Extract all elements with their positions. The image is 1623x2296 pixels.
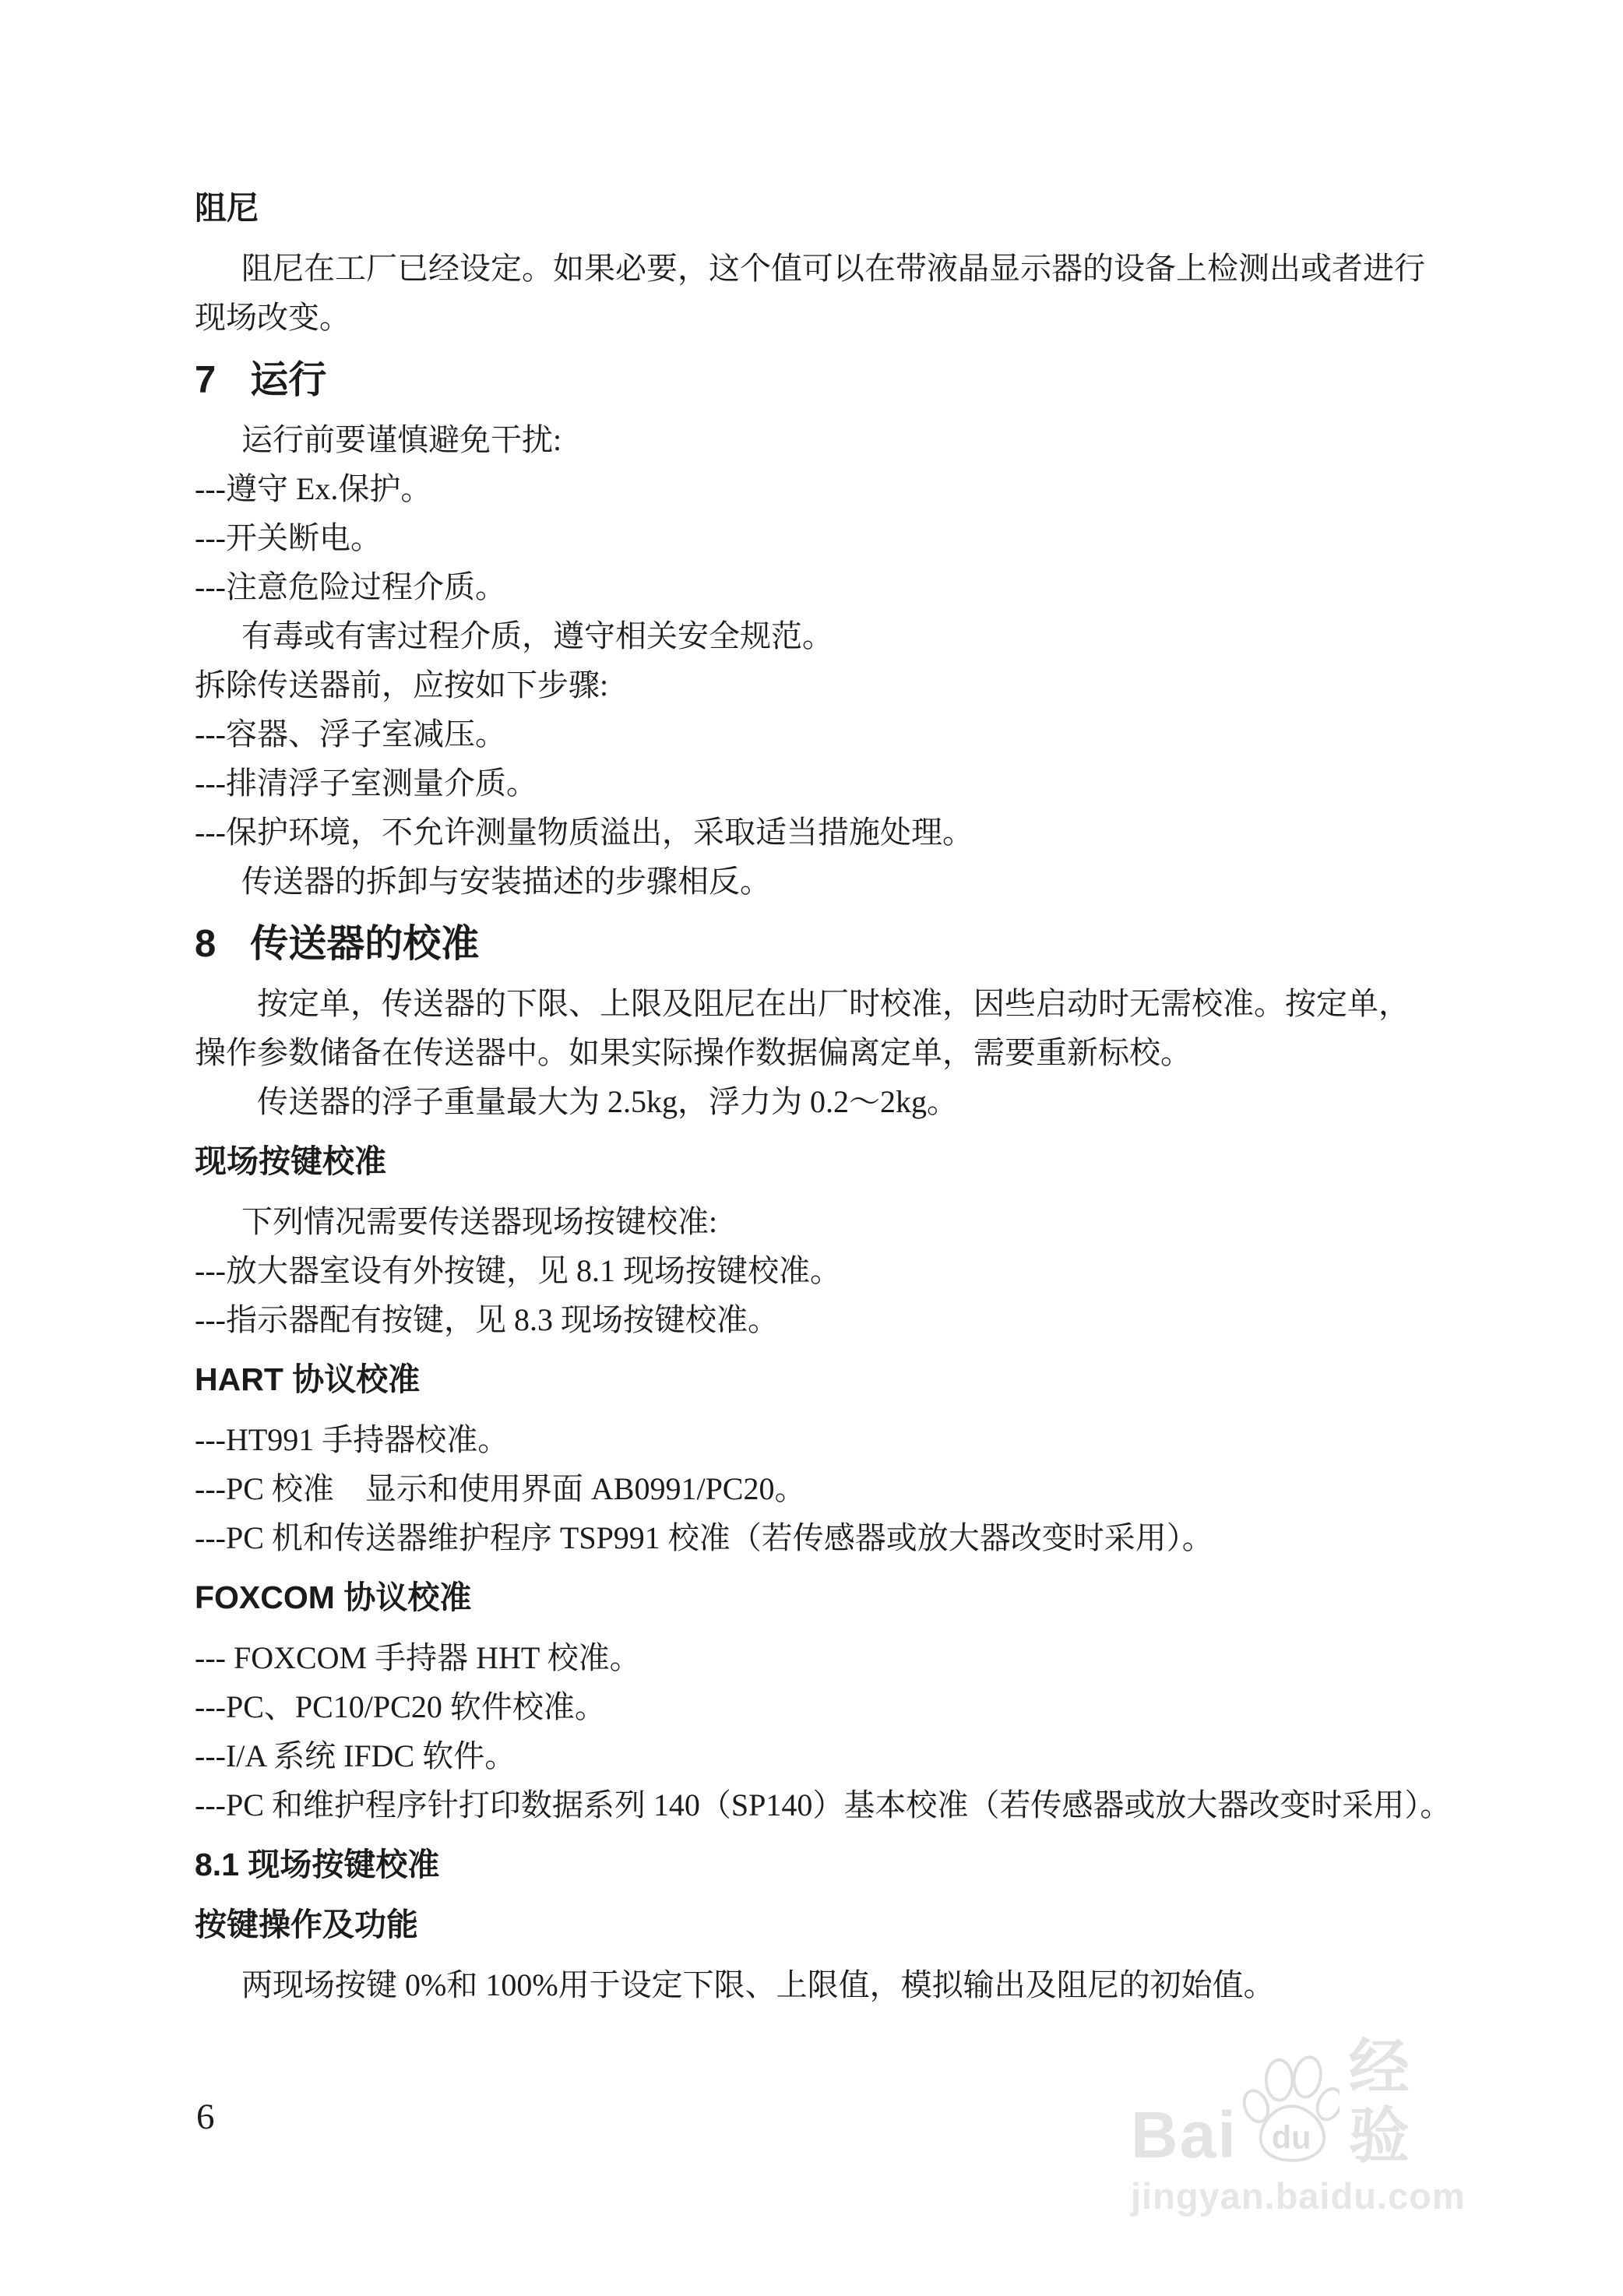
removal-step-depressurize: ---容器、浮子室减压。 [195,710,1597,759]
foxcom-item-pc-software: ---PC、PC10/PC20 软件校准。 [195,1682,1597,1731]
operation-intro-line: 运行前要谨慎避免干扰: [195,415,1597,464]
watermark-url: jingyan.baidu.com [1131,2175,1473,2218]
baidu-jingyan-watermark: Bai du 经验 jingyan.baidu.com [1131,2031,1473,2218]
watermark-bai-text: Bai [1131,2100,1237,2170]
field-key-calibration-subheading: 现场按键校准 [195,1137,1597,1186]
section-7-number: 7 [195,353,216,407]
removal-intro-line: 拆除传送器前，应按如下步骤: [195,660,1597,710]
document-page: 阻尼 阻尼在工厂已经设定。如果必要，这个值可以在带液晶显示器的设备上检测出或者进… [0,0,1623,2296]
document-body: 阻尼 阻尼在工厂已经设定。如果必要，这个值可以在带液晶显示器的设备上检测出或者进… [195,173,1597,2009]
field-key-item-amplifier-buttons: ---放大器室设有外按键，见 8.1 现场按键校准。 [195,1246,1597,1295]
removal-closing-line: 传送器的拆卸与安装描述的步骤相反。 [195,857,1597,906]
foxcom-item-hht: --- FOXCOM 手持器 HHT 校准。 [195,1633,1597,1682]
section-8-heading: 8传送器的校准 [195,917,1597,971]
foxcom-item-sp140: ---PC 和维护程序针打印数据系列 140（SP140）基本校准（若传感器或放… [195,1780,1597,1829]
damping-paragraph-line-1: 阻尼在工厂已经设定。如果必要，这个值可以在带液晶显示器的设备上检测出或者进行 [195,244,1597,293]
hart-item-pc-interface: ---PC 校准 显示和使用界面 AB0991/PC20。 [195,1464,1597,1513]
foxcom-protocol-subheading: FOXCOM 协议校准 [195,1573,1597,1622]
hart-item-ht991: ---HT991 手持器校准。 [195,1415,1597,1464]
watermark-logo-row: Bai du 经验 [1131,2031,1473,2170]
section-7-heading: 7运行 [195,353,1597,407]
calibration-paragraph-line-1: 按定单，传送器的下限、上限及阻尼在出厂时校准，因些启动时无需校准。按定单， [195,979,1597,1028]
hart-item-tsp991: ---PC 机和传送器维护程序 TSP991 校准（若传感器或放大器改变时采用）… [195,1513,1597,1562]
key-operation-subheading: 按键操作及功能 [195,1900,1597,1949]
hart-protocol-subheading: HART 协议校准 [195,1355,1597,1404]
damping-subheading: 阻尼 [195,184,1597,233]
key-operation-paragraph: 两现场按键 0%和 100%用于设定下限、上限值，模拟输出及阻尼的初始值。 [195,1960,1597,2009]
operation-bullet-power-off: ---开关断电。 [195,513,1597,562]
operation-toxic-note-line: 有毒或有害过程介质，遵守相关安全规范。 [195,611,1597,660]
section-7-title: 运行 [250,359,326,401]
baidu-paw-icon: du [1239,2048,1340,2176]
removal-step-protect-environment: ---保护环境，不允许测量物质溢出，采取适当措施处理。 [195,808,1597,857]
damping-paragraph-line-2: 现场改变。 [195,293,1597,342]
calibration-paragraph-line-2: 操作参数储备在传送器中。如果实际操作数据偏离定单，需要重新标校。 [195,1028,1597,1077]
foxcom-item-ia-ifdc: ---I/A 系统 IFDC 软件。 [195,1731,1597,1780]
float-weight-line: 传送器的浮子重量最大为 2.5kg，浮力为 0.2～2kg。 [195,1077,1597,1126]
operation-bullet-hazardous-media: ---注意危险过程介质。 [195,562,1597,611]
section-8-title: 传送器的校准 [250,923,479,965]
operation-bullet-ex-protection: ---遵守 Ex.保护。 [195,464,1597,513]
section-8-1-subheading: 8.1 现场按键校准 [195,1840,1597,1889]
svg-text:du: du [1272,2119,1311,2155]
page-number: 6 [196,2094,215,2140]
section-8-number: 8 [195,917,216,971]
field-key-item-indicator-buttons: ---指示器配有按键，见 8.3 现场按键校准。 [195,1295,1597,1344]
removal-step-drain-chamber: ---排清浮子室测量介质。 [195,759,1597,808]
field-key-intro-line: 下列情况需要传送器现场按键校准: [195,1197,1597,1246]
watermark-jingyan-text: 经验 [1349,2033,1473,2170]
